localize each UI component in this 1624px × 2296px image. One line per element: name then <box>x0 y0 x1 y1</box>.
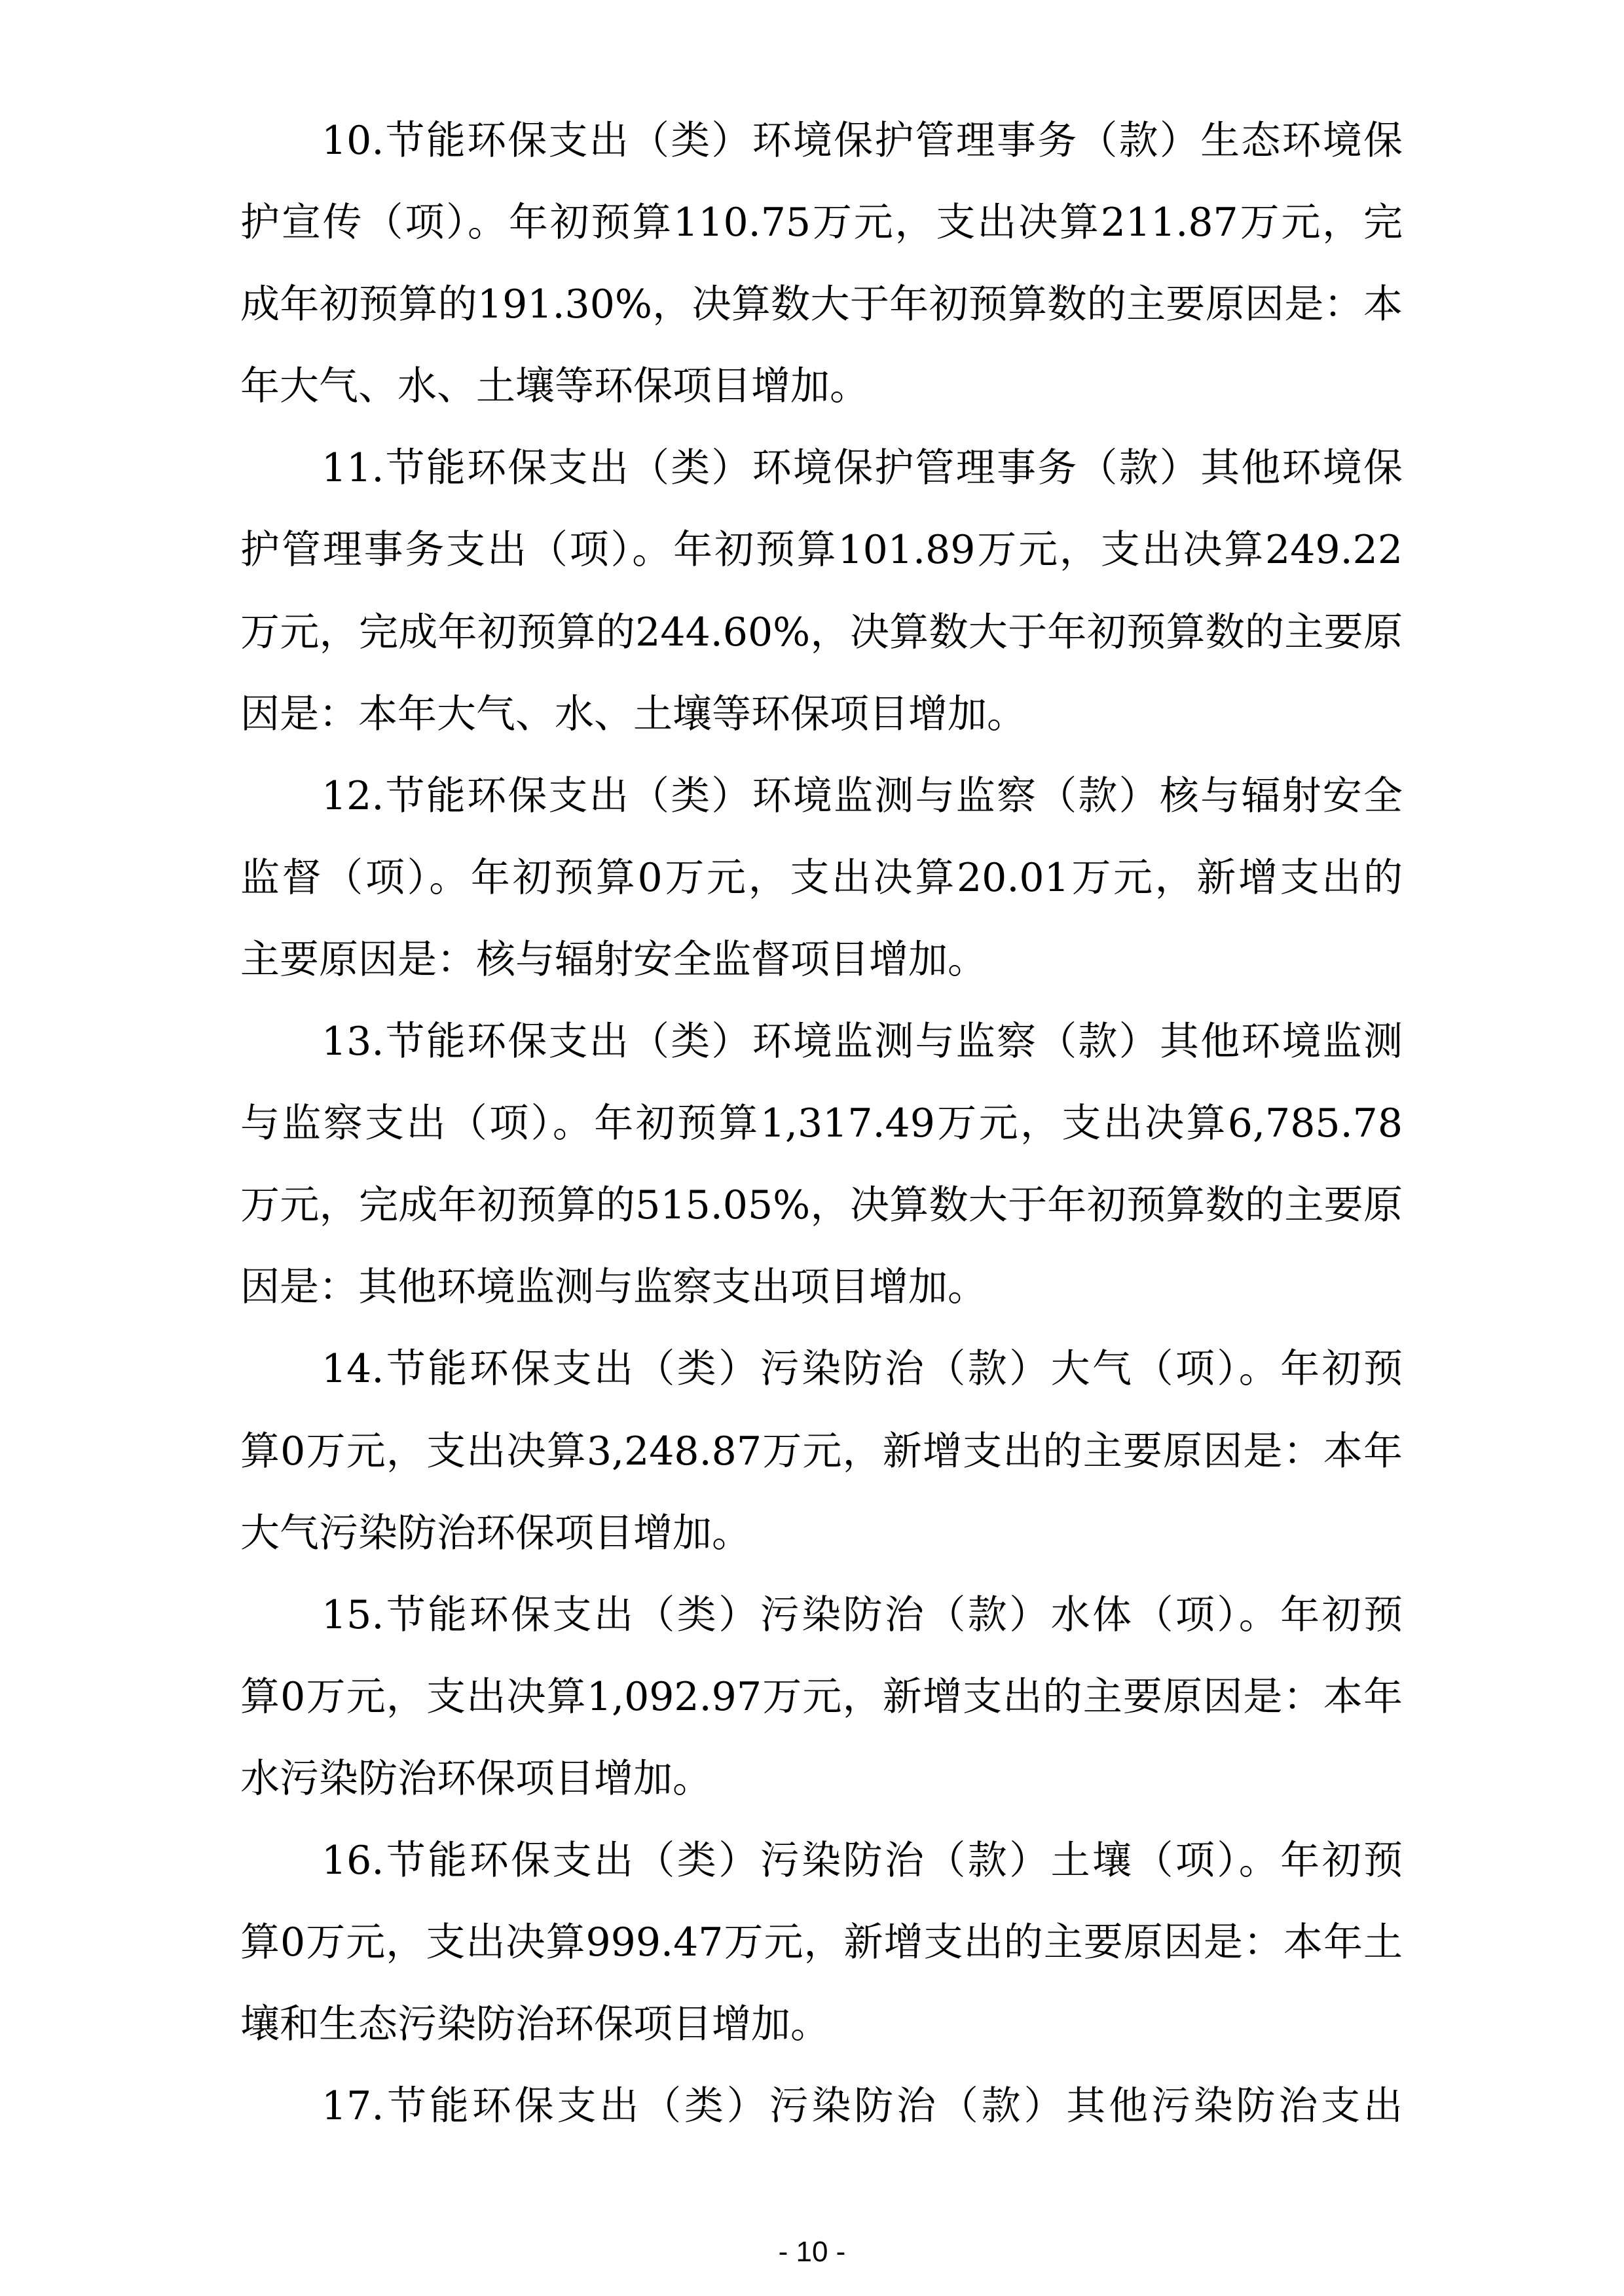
paragraph-line: 万元，完成年初预算的244.60%，决算数大于年初预算数的主要原 <box>240 592 1403 674</box>
paragraph-17: 17.节能环保支出（类）污染防治（款）其他污染防治支出 <box>240 2066 1403 2147</box>
paragraph-line: 万元，完成年初预算的515.05%，决算数大于年初预算数的主要原 <box>240 1165 1403 1247</box>
paragraph-16: 16.节能环保支出（类）污染防治（款）土壤（项）。年初预 算0万元，支出决算99… <box>240 1820 1403 2066</box>
paragraph-line: 水污染防治环保项目增加。 <box>240 1738 1403 1820</box>
paragraph-line: 护管理事务支出（项）。年初预算101.89万元，支出决算249.22 <box>240 509 1403 591</box>
paragraph-line: 11.节能环保支出（类）环境保护管理事务（款）其他环境保 <box>240 428 1403 509</box>
paragraph-line: 主要原因是：核与辐射安全监督项目增加。 <box>240 919 1403 1001</box>
paragraph-11: 11.节能环保支出（类）环境保护管理事务（款）其他环境保 护管理事务支出（项）。… <box>240 428 1403 755</box>
paragraph-12: 12.节能环保支出（类）环境监测与监察（款）核与辐射安全 监督（项）。年初预算0… <box>240 756 1403 1001</box>
paragraph-line: 因是：其他环境监测与监察支出项目增加。 <box>240 1247 1403 1328</box>
document-page: 10.节能环保支出（类）环境保护管理事务（款）生态环境保 护宣传（项）。年初预算… <box>0 0 1624 2296</box>
paragraph-line: 13.节能环保支出（类）环境监测与监察（款）其他环境监测 <box>240 1001 1403 1083</box>
paragraph-line: 算0万元，支出决算3,248.87万元，新增支出的主要原因是：本年 <box>240 1411 1403 1493</box>
page-number: - 10 - <box>0 2234 1624 2270</box>
paragraph-line: 与监察支出（项）。年初预算1,317.49万元，支出决算6,785.78 <box>240 1083 1403 1165</box>
paragraph-13: 13.节能环保支出（类）环境监测与监察（款）其他环境监测 与监察支出（项）。年初… <box>240 1001 1403 1328</box>
paragraph-15: 15.节能环保支出（类）污染防治（款）水体（项）。年初预 算0万元，支出决算1,… <box>240 1575 1403 1820</box>
paragraph-line: 壤和生态污染防治环保项目增加。 <box>240 1984 1403 2066</box>
paragraph-line: 12.节能环保支出（类）环境监测与监察（款）核与辐射安全 <box>240 756 1403 837</box>
paragraph-line: 14.节能环保支出（类）污染防治（款）大气（项）。年初预 <box>240 1328 1403 1410</box>
paragraph-line: 算0万元，支出决算1,092.97万元，新增支出的主要原因是：本年 <box>240 1656 1403 1738</box>
paragraph-line: 17.节能环保支出（类）污染防治（款）其他污染防治支出 <box>240 2066 1403 2147</box>
paragraph-line: 16.节能环保支出（类）污染防治（款）土壤（项）。年初预 <box>240 1820 1403 1902</box>
body-text: 10.节能环保支出（类）环境保护管理事务（款）生态环境保 护宣传（项）。年初预算… <box>240 100 1403 2147</box>
paragraph-line: 因是：本年大气、水、土壤等环保项目增加。 <box>240 674 1403 756</box>
paragraph-14: 14.节能环保支出（类）污染防治（款）大气（项）。年初预 算0万元，支出决算3,… <box>240 1328 1403 1574</box>
paragraph-line: 算0万元，支出决算999.47万元，新增支出的主要原因是：本年土 <box>240 1902 1403 1984</box>
paragraph-10: 10.节能环保支出（类）环境保护管理事务（款）生态环境保 护宣传（项）。年初预算… <box>240 100 1403 428</box>
paragraph-line: 大气污染防治环保项目增加。 <box>240 1493 1403 1575</box>
paragraph-line: 10.节能环保支出（类）环境保护管理事务（款）生态环境保 <box>240 100 1403 182</box>
paragraph-line: 护宣传（项）。年初预算110.75万元，支出决算211.87万元，完 <box>240 182 1403 264</box>
paragraph-line: 年大气、水、土壤等环保项目增加。 <box>240 346 1403 428</box>
paragraph-line: 监督（项）。年初预算0万元，支出决算20.01万元，新增支出的 <box>240 837 1403 919</box>
paragraph-line: 成年初预算的191.30%，决算数大于年初预算数的主要原因是：本 <box>240 264 1403 346</box>
paragraph-line: 15.节能环保支出（类）污染防治（款）水体（项）。年初预 <box>240 1575 1403 1656</box>
